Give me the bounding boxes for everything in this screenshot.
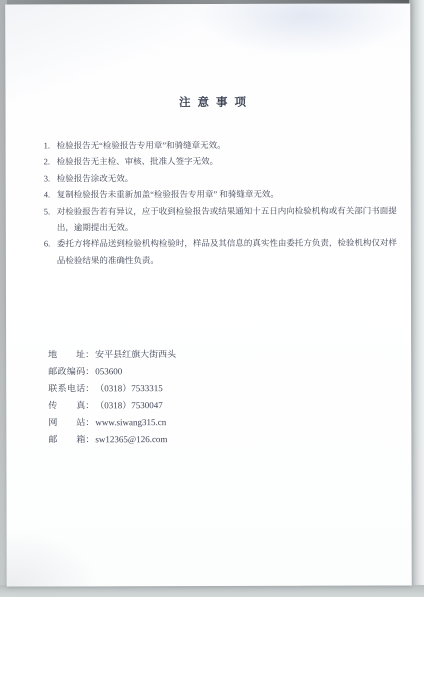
notice-item-6: 6. 委托方将样品送到检验机构检验时，样品及其信息的真实性由委托方负责，检验机构… <box>44 235 400 269</box>
contact-value: 053600 <box>94 363 378 381</box>
contact-label: 邮政编码 <box>48 363 85 380</box>
notice-item-1: 1. 检验报告无“检验报告专用章”和骑缝章无效。 <box>44 136 400 153</box>
contact-row-email: 邮箱 ： sw12365@126.com <box>48 431 378 449</box>
contact-colon: ： <box>85 397 94 414</box>
item-number: 3. <box>44 170 57 186</box>
contact-row-postcode: 邮政编码 ： 053600 <box>48 363 378 381</box>
paper-sheet: 注意事项 1. 检验报告无“检验报告专用章”和骑缝章无效。 2. 检验报告无主检… <box>5 3 412 586</box>
contact-value: （0318）7533315 <box>94 380 378 398</box>
page-title: 注意事项 <box>5 93 410 110</box>
contact-label: 地址 <box>48 346 85 363</box>
item-number: 4. <box>44 187 57 203</box>
item-text: 委托方将样品送到检验机构检验时，样品及其信息的真实性由委托方负责，检验机构仅对样… <box>57 235 400 269</box>
contact-row-address: 地址 ： 安平县红旗大街西头 <box>48 346 378 364</box>
contact-colon: ： <box>85 414 94 431</box>
scan-area: 注意事项 1. 检验报告无“检验报告专用章”和骑缝章无效。 2. 检验报告无主检… <box>0 0 424 597</box>
contact-row-phone: 联系电话 ： （0318）7533315 <box>48 380 378 398</box>
contact-label: 传真 <box>48 397 85 414</box>
item-text: 检验报告涂改无效。 <box>57 169 400 186</box>
contact-colon: ： <box>85 346 94 363</box>
scanned-document-page: 注意事项 1. 检验报告无“检验报告专用章”和骑缝章无效。 2. 检验报告无主检… <box>0 0 424 700</box>
contact-label: 网站 <box>48 414 85 431</box>
contact-colon: ： <box>85 363 94 380</box>
contact-colon: ： <box>85 380 94 397</box>
notice-item-3: 3. 检验报告涂改无效。 <box>44 169 400 186</box>
item-number: 5. <box>44 203 57 236</box>
notice-item-4: 4. 复制检验报告未重新加盖“检验报告专用章” 和骑缝章无效。 <box>44 186 400 203</box>
item-text: 复制检验报告未重新加盖“检验报告专用章” 和骑缝章无效。 <box>57 186 400 203</box>
item-text: 对检验报告若有异议，应于收到检验报告或结果通知十五日内向检验机构或有关部门书面提… <box>57 202 400 236</box>
contact-block: 地址 ： 安平县红旗大街西头 邮政编码 ： 053600 联系电话 ： （031… <box>48 346 378 449</box>
contact-label: 邮箱 <box>48 431 85 448</box>
contact-value: 安平县红旗大街西头 <box>94 346 378 364</box>
contact-value: www.siwang315.cn <box>94 414 378 432</box>
item-text: 检验报告无主检、审核、批准人签字无效。 <box>57 153 400 170</box>
contact-row-website: 网站 ： www.siwang315.cn <box>48 414 378 432</box>
contact-value: sw12365@126.com <box>94 431 378 449</box>
contact-label: 联系电话 <box>48 380 85 397</box>
contact-row-fax: 传真 ： （0318）7530047 <box>48 397 378 415</box>
notice-item-5: 5. 对检验报告若有异议，应于收到检验报告或结果通知十五日内向检验机构或有关部门… <box>44 202 400 236</box>
item-number: 6. <box>44 236 57 269</box>
contact-value: （0318）7530047 <box>94 397 378 415</box>
notice-item-2: 2. 检验报告无主检、审核、批准人签字无效。 <box>44 153 400 170</box>
scan-edge-bottom <box>0 585 424 597</box>
notice-list: 1. 检验报告无“检验报告专用章”和骑缝章无效。 2. 检验报告无主检、审核、批… <box>44 136 400 268</box>
item-number: 2. <box>44 154 57 170</box>
item-number: 1. <box>44 137 57 153</box>
item-text: 检验报告无“检验报告专用章”和骑缝章无效。 <box>57 136 400 153</box>
contact-colon: ： <box>85 431 94 448</box>
